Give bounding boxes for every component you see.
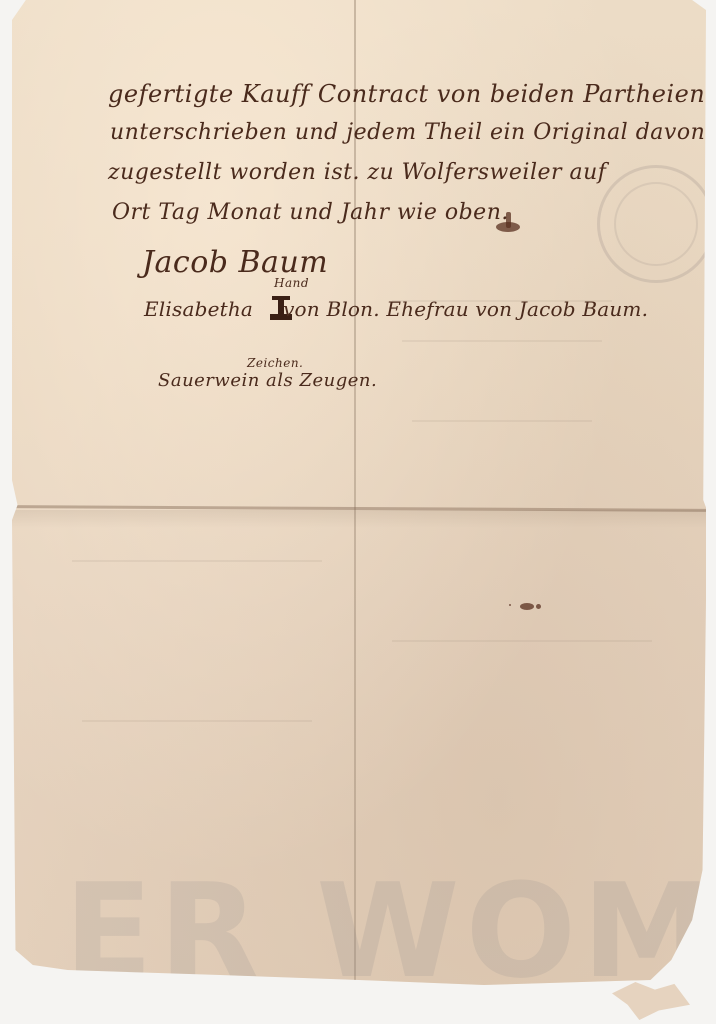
ink-spot — [536, 604, 541, 609]
ink-spot — [520, 603, 534, 610]
signature-elisabetha-rest: von Blon. Ehefrau von Jacob Baum. — [283, 297, 648, 321]
bleed-through-text — [392, 640, 652, 642]
document-sheet: gefertigte Kauff Contract von beiden Par… — [12, 0, 706, 1000]
bleed-through-text — [402, 340, 602, 342]
watermark-text: ER WOMMER — [64, 855, 716, 1007]
seal-stamp-inner-ring — [614, 182, 698, 266]
bleed-through-text — [82, 720, 312, 722]
ink-stroke — [506, 212, 511, 228]
seal-stamp-bleed — [597, 165, 715, 283]
torn-paper-fragment — [612, 982, 690, 1020]
text-line-3: zugestellt worden ist. zu Wolfersweiler … — [108, 160, 606, 185]
signature-elisabetha: Elisabethavon Blon. Ehefrau von Jacob Ba… — [144, 297, 648, 321]
text-line-4: Ort Tag Monat und Jahr wie oben. — [112, 200, 509, 225]
vertical-fold-crease — [354, 0, 356, 1000]
ink-spot — [509, 604, 511, 606]
superscript-zeichen: Zeichen. — [247, 356, 303, 370]
text-line-2: unterschrieben und jedem Theil ein Origi… — [110, 120, 705, 145]
signature-elisabetha-first: Elisabetha — [144, 297, 253, 321]
bleed-through-text — [412, 420, 592, 422]
crease-shadow — [12, 510, 706, 528]
bleed-through-text — [72, 560, 322, 562]
superscript-hand: Hand — [274, 276, 309, 290]
signature-jacob-baum: Jacob Baum — [142, 245, 328, 280]
text-line-1: gefertigte Kauff Contract von beiden Par… — [108, 80, 705, 108]
signature-sauerwein-witness: Sauerwein als Zeugen. — [158, 370, 377, 391]
